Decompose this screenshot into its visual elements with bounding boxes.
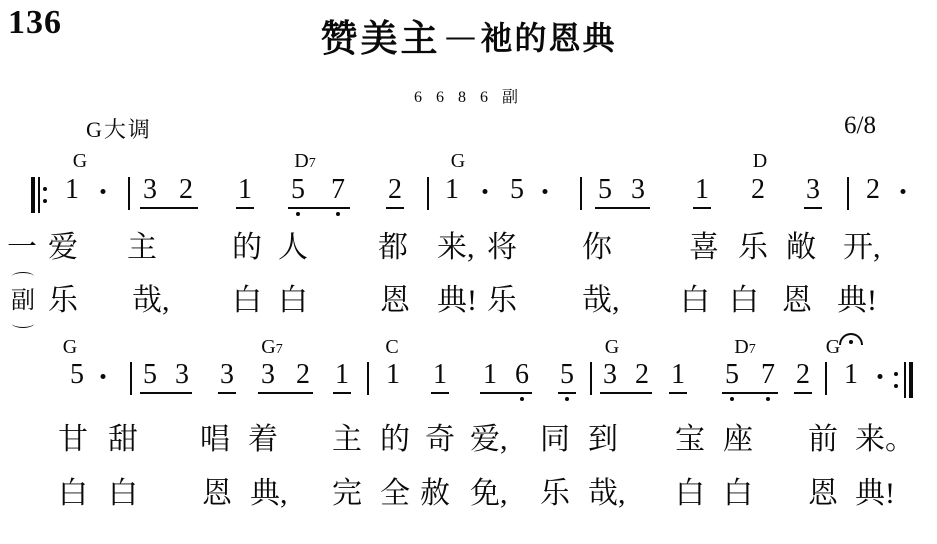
note: 5 — [725, 361, 739, 389]
note: 1 — [238, 176, 252, 204]
repeat-close-sign — [894, 362, 914, 398]
lyric-syllable: 宝 — [675, 425, 705, 455]
lyric-syllable: 同 — [540, 425, 570, 455]
key-signature: G大调 — [86, 113, 152, 144]
title-dash: — — [440, 21, 480, 52]
chord-label: G7 — [261, 337, 282, 357]
note: 3 — [806, 176, 820, 204]
octave-low-dot — [520, 397, 524, 401]
lyric-syllable: 赦 — [420, 479, 450, 509]
page-title: 赞美主—祂的恩典 — [0, 8, 937, 62]
eighth-note-underline — [722, 392, 778, 394]
lyric-syllable: 恩 — [380, 286, 410, 316]
octave-low-dot — [336, 212, 340, 216]
lyric-syllable: 哉, — [582, 286, 620, 316]
lyric-syllable: 爱, — [470, 425, 508, 455]
lyric-syllable: 典! — [855, 479, 895, 509]
note: 1 — [433, 361, 447, 389]
octave-low-dot — [565, 397, 569, 401]
note: 1 — [483, 361, 497, 389]
lyric-syllable: 恩 — [782, 286, 812, 316]
note: 3 — [220, 361, 234, 389]
augmentation-dot — [101, 374, 106, 379]
lyric-syllable: 典! — [837, 286, 877, 316]
lyric-syllable: 乐 — [738, 233, 768, 263]
note: 2 — [388, 176, 402, 204]
lyric-syllable: 哉, — [132, 286, 170, 316]
note: 1 — [335, 361, 349, 389]
lyric-syllable: 爱 — [48, 233, 78, 263]
lyric-syllable: 白 — [675, 479, 705, 509]
note: 7 — [331, 176, 345, 204]
lyric-syllable: 来, — [437, 233, 475, 263]
eighth-note-underline — [140, 392, 192, 394]
lyric-syllable: 哉, — [588, 479, 626, 509]
note: 3 — [175, 361, 189, 389]
eighth-note-underline — [258, 392, 313, 394]
barline — [580, 177, 582, 210]
barline — [130, 362, 132, 395]
augmentation-dot — [101, 189, 106, 194]
lyric-syllable: 将 — [487, 233, 517, 263]
chord-label: G — [605, 337, 619, 357]
eighth-note-underline — [669, 392, 687, 394]
eighth-note-underline — [431, 392, 449, 394]
note: 6 — [515, 361, 529, 389]
note: 3 — [261, 361, 275, 389]
lyric-syllable: 座 — [723, 425, 753, 455]
lyric-syllable: 白 — [278, 286, 308, 316]
lyric-syllable: 白 — [108, 479, 138, 509]
augmentation-dot — [901, 189, 906, 194]
lyric-syllable: 白 — [729, 286, 759, 316]
octave-low-dot — [766, 397, 770, 401]
hymn-sheet-page: 136 赞美主—祂的恩典 6 6 8 6 副 G大调 6/8 GD7GD1321… — [0, 0, 937, 544]
eighth-note-underline — [218, 392, 236, 394]
barline — [367, 362, 369, 395]
repeat-thin-bar — [38, 177, 40, 213]
note: 5 — [143, 361, 157, 389]
chord-label: C — [385, 337, 398, 357]
lyric-syllable: 完 — [332, 479, 362, 509]
lyric-syllable: 敞 — [786, 233, 816, 263]
lyric-syllable: 的 — [380, 425, 410, 455]
note: 5 — [560, 361, 574, 389]
note: 2 — [866, 176, 880, 204]
lyric-syllable: 白 — [58, 479, 88, 509]
lyric-syllable: 乐 — [48, 286, 78, 316]
chord-label: G — [63, 337, 77, 357]
title-main: 赞美主 — [320, 17, 440, 60]
eighth-note-underline — [794, 392, 812, 394]
lyric-syllable: 主 — [127, 233, 157, 263]
chord-label: D7 — [294, 151, 315, 171]
note: 1 — [445, 176, 459, 204]
barline — [847, 177, 849, 210]
barline — [590, 362, 592, 395]
note: 2 — [635, 361, 649, 389]
augmentation-dot — [483, 189, 488, 194]
note: 1 — [844, 361, 858, 389]
repeat-thick-bar — [31, 177, 35, 213]
title-subtitle: 祂的恩典 — [480, 19, 616, 57]
repeat-colon-dot — [43, 199, 47, 203]
barline — [825, 362, 827, 395]
chord-label: G — [73, 151, 87, 171]
lyric-syllable: 恩 — [808, 479, 838, 509]
note: 2 — [796, 361, 810, 389]
lyric-syllable: 都 — [378, 233, 408, 263]
fermata-dot — [849, 340, 853, 344]
note: 5 — [510, 176, 524, 204]
lyric-syllable: 唱 — [200, 425, 230, 455]
repeat-thick-bar — [909, 362, 913, 398]
eighth-note-underline — [693, 207, 711, 209]
note: 1 — [695, 176, 709, 204]
note: 7 — [761, 361, 775, 389]
lyric-syllable: 白 — [680, 286, 710, 316]
lyric-syllable: 前 — [808, 425, 838, 455]
note: 2 — [179, 176, 193, 204]
barline — [427, 177, 429, 210]
repeat-thin-bar — [904, 362, 906, 398]
lyric-syllable: 你 — [582, 233, 612, 263]
refrain-marker: 副 — [11, 289, 35, 313]
lyric-syllable: 免, — [470, 479, 508, 509]
eighth-note-underline — [595, 207, 650, 209]
chord-label: D7 — [734, 337, 755, 357]
repeat-colon-dot — [894, 384, 898, 388]
repeat-colon-dot — [43, 187, 47, 191]
lyric-syllable: 主 — [332, 425, 362, 455]
eighth-note-underline — [333, 392, 351, 394]
lyric-syllable: 甘 — [58, 425, 88, 455]
lyric-syllable: 典! — [437, 286, 477, 316]
note: 2 — [751, 176, 765, 204]
chord-label: G — [451, 151, 465, 171]
augmentation-dot — [878, 374, 883, 379]
eighth-note-underline — [804, 207, 822, 209]
octave-low-dot — [730, 397, 734, 401]
note: 5 — [598, 176, 612, 204]
eighth-note-underline — [140, 207, 198, 209]
note: 3 — [631, 176, 645, 204]
octave-low-dot — [296, 212, 300, 216]
chord-label: D — [753, 151, 767, 171]
lyric-syllable: 乐 — [540, 479, 570, 509]
eighth-note-underline — [236, 207, 254, 209]
lyric-syllable: 乐 — [487, 286, 517, 316]
lyric-syllable: 奇 — [425, 425, 455, 455]
augmentation-dot — [543, 189, 548, 194]
repeat-colon-dot — [894, 372, 898, 376]
lyric-syllable: 甜 — [108, 425, 138, 455]
fermata-icon — [839, 333, 865, 348]
eighth-note-underline — [480, 392, 532, 394]
note: 3 — [143, 176, 157, 204]
eighth-note-underline — [386, 207, 404, 209]
lyric-syllable: 白 — [232, 286, 262, 316]
time-signature: 6/8 — [844, 112, 876, 140]
refrain-paren-top-icon — [12, 272, 34, 281]
lyric-syllable: 到 — [588, 425, 618, 455]
note: 5 — [291, 176, 305, 204]
lyric-syllable: 白 — [723, 479, 753, 509]
repeat-open-sign — [31, 177, 51, 213]
note: 3 — [603, 361, 617, 389]
lyric-syllable: 来。 — [855, 425, 915, 455]
lyric-syllable: 的 — [232, 233, 262, 263]
barline — [128, 177, 130, 210]
note: 5 — [70, 361, 84, 389]
eighth-note-underline — [558, 392, 576, 394]
verse-marker: 一 — [7, 233, 37, 263]
lyric-syllable: 人 — [278, 233, 308, 263]
hymn-meter: 6 6 8 6 副 — [0, 84, 937, 107]
note: 1 — [65, 176, 79, 204]
lyric-syllable: 着 — [248, 425, 278, 455]
eighth-note-underline — [600, 392, 652, 394]
lyric-syllable: 开, — [843, 233, 881, 263]
lyric-syllable: 全 — [380, 479, 410, 509]
lyric-syllable: 喜 — [689, 233, 719, 263]
eighth-note-underline — [288, 207, 350, 209]
lyric-syllable: 典, — [250, 479, 288, 509]
lyric-syllable: 恩 — [202, 479, 232, 509]
note: 1 — [386, 361, 400, 389]
refrain-paren-bottom-icon — [12, 319, 34, 328]
note: 2 — [296, 361, 310, 389]
note: 1 — [671, 361, 685, 389]
